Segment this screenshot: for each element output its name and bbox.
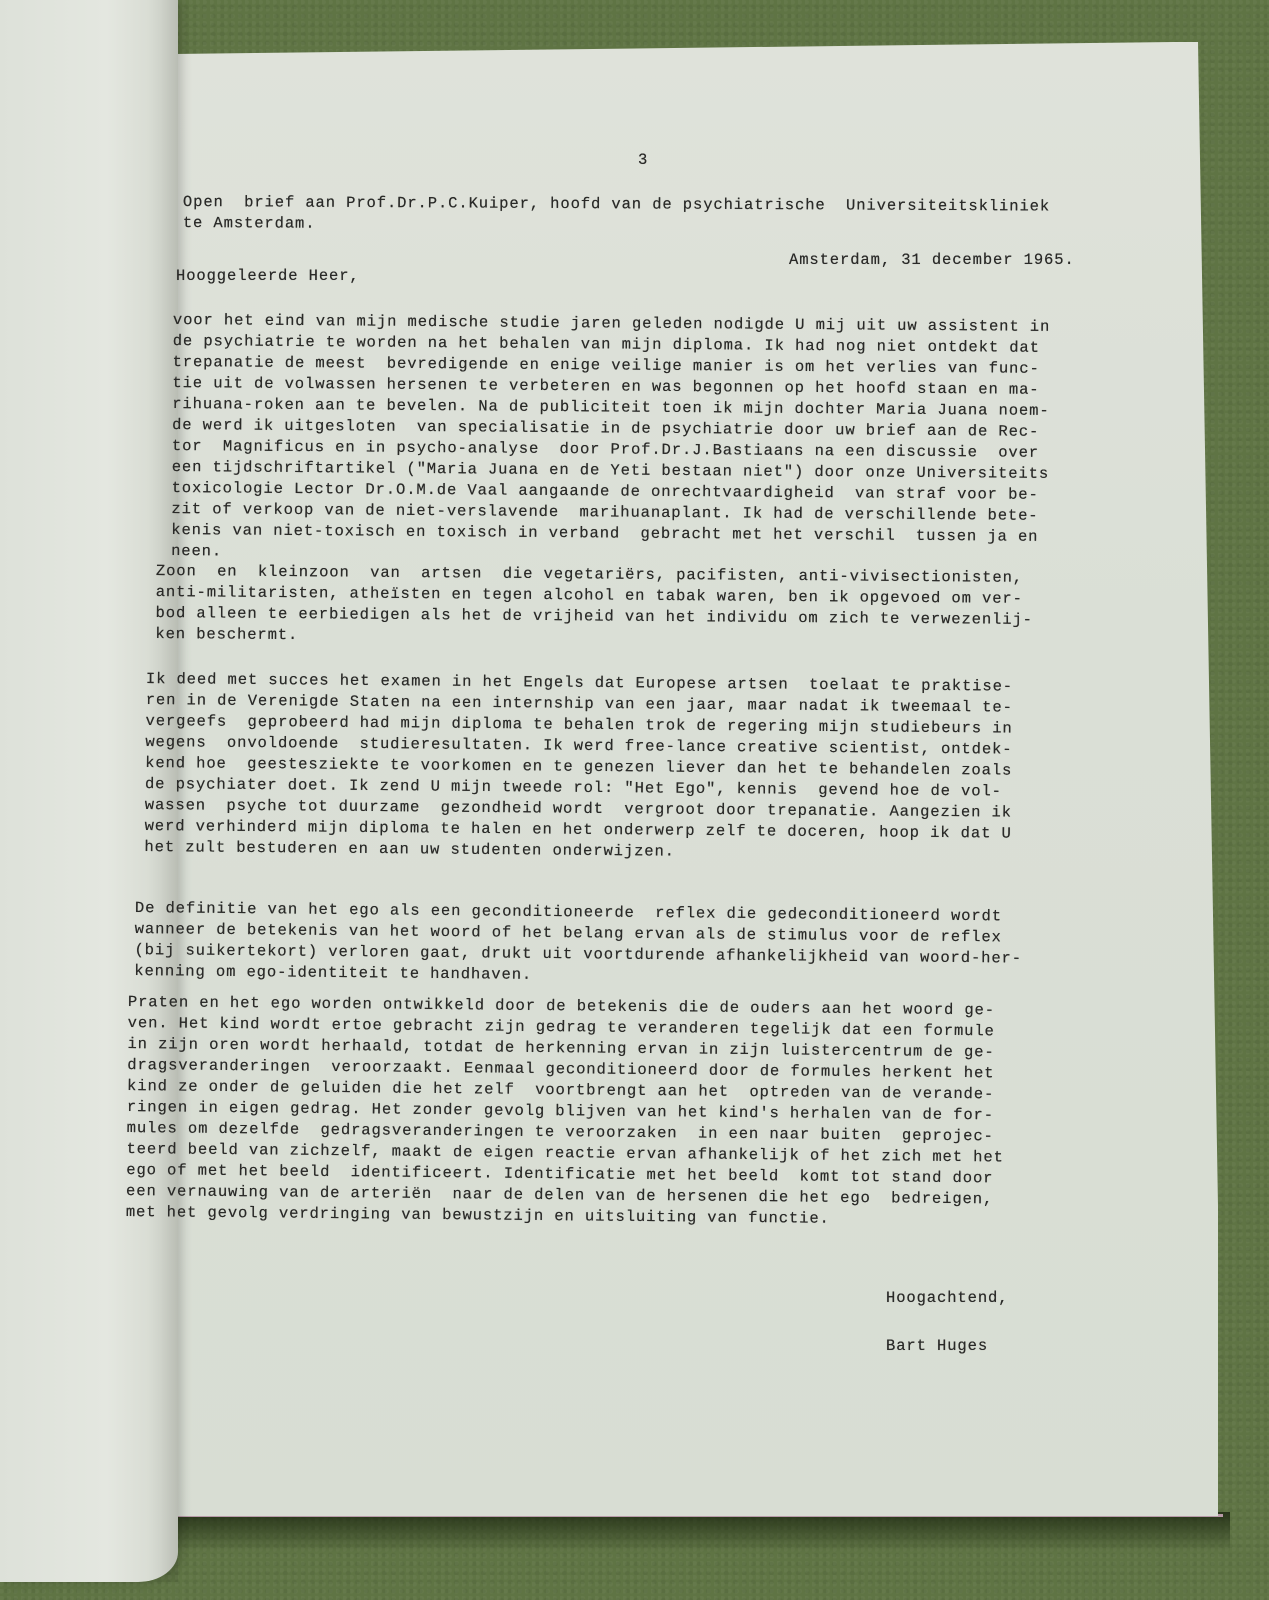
- letter-heading: Open brief aan Prof.Dr.P.C.Kuiper, hoofd…: [183, 192, 1050, 239]
- paragraph: De definitie van het ego als een gecondi…: [134, 898, 1022, 991]
- paragraph: Ik deed met succes het examen in het Eng…: [144, 669, 1013, 866]
- signature: Bart Huges: [886, 1336, 988, 1357]
- place-date: Amsterdam, 31 december 1965.: [789, 250, 1075, 271]
- paragraph: Praten en het ego worden ontwikkeld door…: [126, 992, 1006, 1231]
- page-number: 3: [638, 150, 648, 171]
- salutation: Hooggeleerde Heer,: [176, 266, 360, 287]
- paragraph: Zoon en kleinzoon van artsen die vegetar…: [155, 561, 1033, 652]
- paragraph: voor het eind van mijn medische studie j…: [171, 310, 1050, 569]
- closing: Hoogachtend,: [886, 1288, 1008, 1309]
- page-shadow: [90, 1512, 1230, 1552]
